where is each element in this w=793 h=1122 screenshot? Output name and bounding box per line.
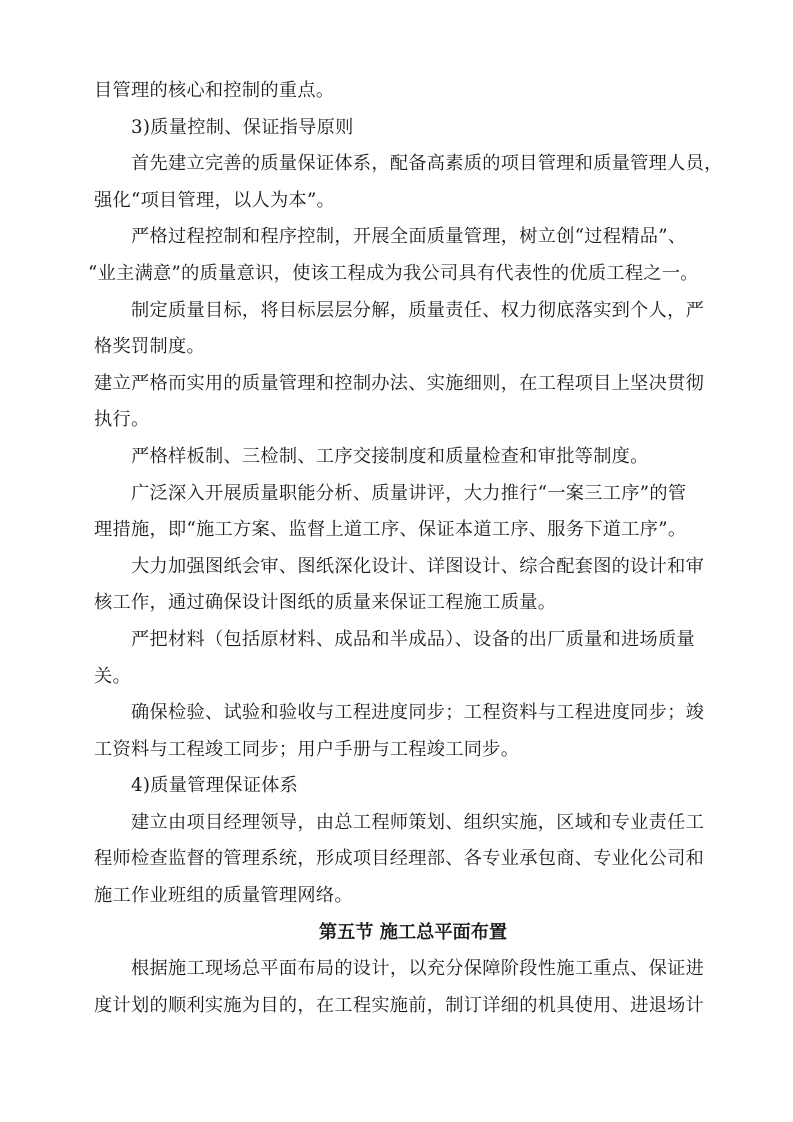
text-line: 根据施工现场总平面布局的设计，以充分保障阶段性施工重点、保证进 [94, 951, 730, 988]
paragraph-management-methods: 建立严格而实用的质量管理和控制办法、实施细则，在工程项目上坚决贯彻 执行。 [94, 366, 730, 439]
paragraph-core-focus: 目管理的核心和控制的重点。 [94, 73, 730, 110]
text-line: 广泛深入开展质量职能分析、质量讲评，大力推行“一案三工序”的管 [94, 476, 730, 513]
text-line: 格奖罚制度。 [94, 329, 730, 366]
text-line: 强化“项目管理，以人为本”。 [94, 183, 730, 220]
subheading-quality-assurance-system: 4)质量管理保证体系 [94, 768, 730, 805]
text-line: 建立严格而实用的质量管理和控制办法、实施细则，在工程项目上坚决贯彻 [94, 366, 730, 403]
paragraph-materials-control: 严把材料（包括原材料、成品和半成品）、设备的出厂质量和进场质量 关。 [94, 622, 730, 695]
text-line: 施工作业班组的质量管理网络。 [94, 878, 730, 915]
paragraph-sample-system: 严格样板制、三检制、工序交接制度和质量检查和审批等制度。 [94, 439, 730, 476]
text-line: 度计划的顺利实施为目的，在工程实施前，制订详细的机具使用、进退场计 [94, 988, 730, 1025]
text-line: 理措施，即“施工方案、监督上道工序、保证本道工序、服务下道工序”。 [94, 512, 730, 549]
text-line: 3)质量控制、保证指导原则 [94, 110, 730, 147]
paragraph-management-network: 建立由项目经理领导，由总工程师策划、组织实施，区域和专业责任工 程师检查监督的管… [94, 805, 730, 915]
paragraph-synchronization: 确保检验、试验和验收与工程进度同步；工程资料与工程进度同步；竣 工资料与工程竣工… [94, 695, 730, 768]
paragraph-site-layout: 根据施工现场总平面布局的设计，以充分保障阶段性施工重点、保证进 度计划的顺利实施… [94, 951, 730, 1024]
text-line: 确保检验、试验和验收与工程进度同步；工程资料与工程进度同步；竣 [94, 695, 730, 732]
document-page: 目管理的核心和控制的重点。 3)质量控制、保证指导原则 首先建立完善的质量保证体… [94, 73, 730, 1024]
paragraph-quality-targets: 制定质量目标，将目标层层分解，质量责任、权力彻底落实到个人，严 格奖罚制度。 [94, 293, 730, 366]
text-line: 4)质量管理保证体系 [94, 768, 730, 805]
text-line: 核工作，通过确保设计图纸的质量来保证工程施工质量。 [94, 585, 730, 622]
paragraph-process-control: 严格过程控制和程序控制，开展全面质量管理，树立创“过程精品”、 “业主满意”的质… [94, 219, 730, 292]
paragraph-one-plan-three-procedures: 广泛深入开展质量职能分析、质量讲评，大力推行“一案三工序”的管 理措施，即“施工… [94, 476, 730, 549]
text-line: 严把材料（包括原材料、成品和半成品）、设备的出厂质量和进场质量 [94, 622, 730, 659]
text-line: 严格样板制、三检制、工序交接制度和质量检查和审批等制度。 [94, 439, 730, 476]
text-line: 目管理的核心和控制的重点。 [94, 73, 730, 110]
paragraph-quality-system: 首先建立完善的质量保证体系，配备高素质的项目管理和质量管理人员， 强化“项目管理… [94, 146, 730, 219]
text-line: 关。 [94, 659, 730, 696]
text-line: 执行。 [94, 402, 730, 439]
section-heading: 第五节 施工总平面布置 [94, 915, 730, 952]
subheading-quality-principles: 3)质量控制、保证指导原则 [94, 110, 730, 147]
text-line: 制定质量目标，将目标层层分解，质量责任、权力彻底落实到个人，严 [94, 293, 730, 330]
text-line: 建立由项目经理领导，由总工程师策划、组织实施，区域和专业责任工 [94, 805, 730, 842]
text-line: “业主满意”的质量意识，使该工程成为我公司具有代表性的优质工程之一。 [88, 256, 730, 293]
text-line: 程师检查监督的管理系统，形成项目经理部、各专业承包商、专业化公司和 [94, 841, 730, 878]
text-line: 严格过程控制和程序控制，开展全面质量管理，树立创“过程精品”、 [94, 219, 730, 256]
paragraph-drawing-review: 大力加强图纸会审、图纸深化设计、详图设计、综合配套图的设计和审 核工作，通过确保… [94, 549, 730, 622]
text-line: 首先建立完善的质量保证体系，配备高素质的项目管理和质量管理人员， [94, 146, 730, 183]
text-line: 工资料与工程竣工同步；用户手册与工程竣工同步。 [94, 732, 730, 769]
text-line: 大力加强图纸会审、图纸深化设计、详图设计、综合配套图的设计和审 [94, 549, 730, 586]
